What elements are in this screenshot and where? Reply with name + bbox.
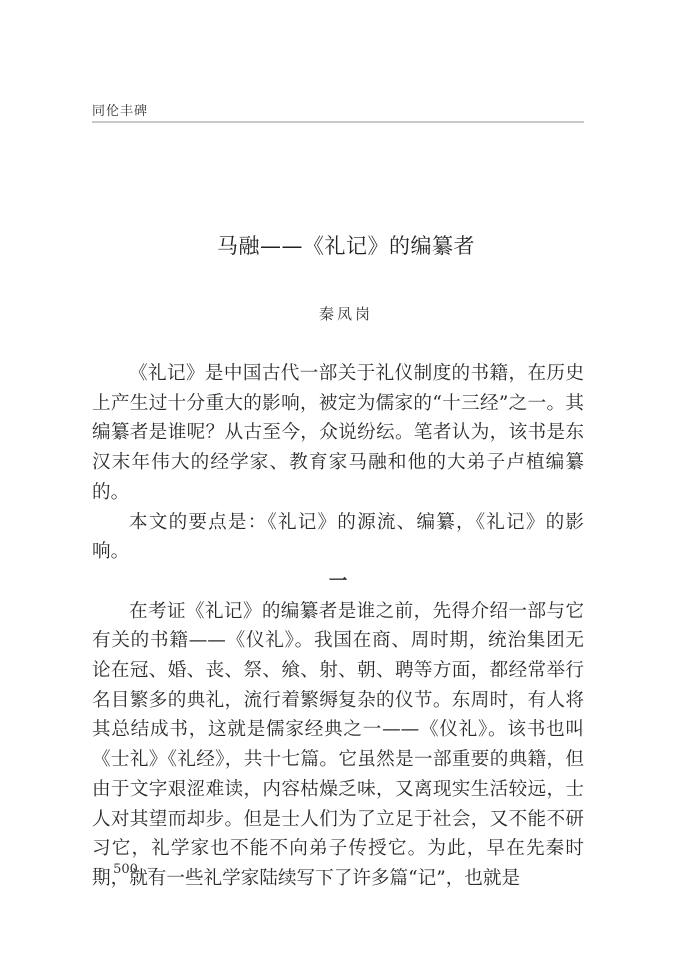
page-number: － 500 － (92, 858, 159, 877)
article-author: 秦凤岗 (0, 303, 692, 324)
article-body: 《礼记》是中国古代一部关于礼仪制度的书籍，在历史上产生过十分重大的影响，被定为儒… (92, 359, 584, 894)
header-rule (92, 121, 584, 123)
paragraph: 在考证《礼记》的编纂者是谁之前，先得介绍一部与它有关的书籍——《仪礼》。我国在商… (92, 597, 584, 894)
paragraph: 《礼记》是中国古代一部关于礼仪制度的书籍，在历史上产生过十分重大的影响，被定为儒… (92, 359, 584, 508)
section-heading: 一 (92, 567, 584, 597)
running-head: 同伦丰碑 (92, 100, 148, 119)
article-title: 马融——《礼记》的编纂者 (0, 230, 692, 260)
paragraph: 本文的要点是：《礼记》的源流、编纂，《礼记》的影响。 (92, 508, 584, 567)
